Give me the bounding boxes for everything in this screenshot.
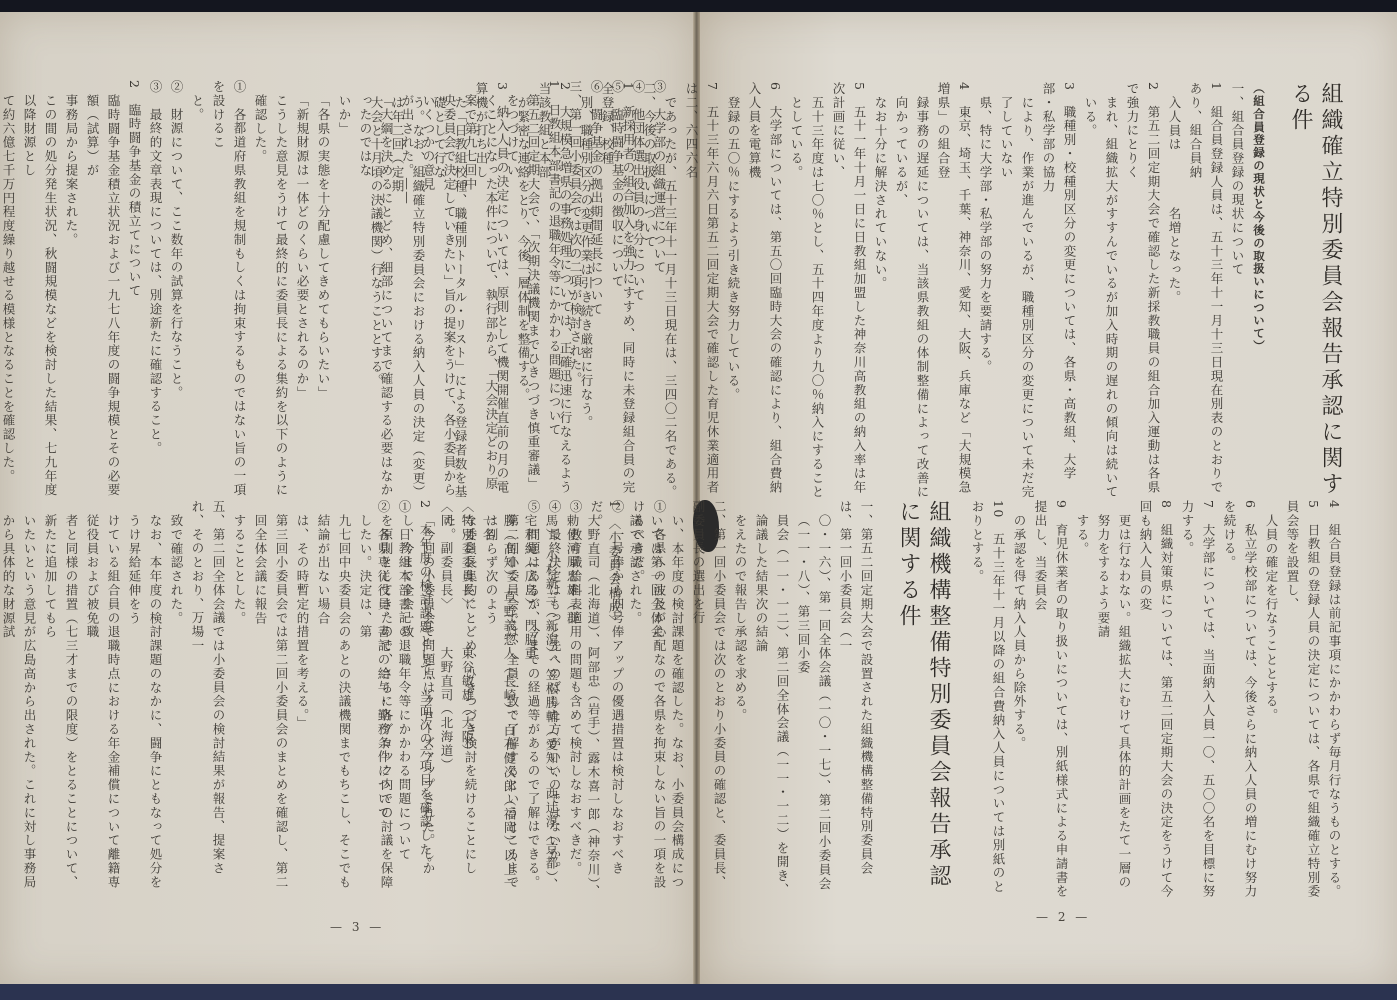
text-line: 第五二回定期大会で、「次期決議機関までひきつづき慎重審議」をつづけてい	[502, 80, 544, 500]
text-line: する。	[1072, 500, 1093, 900]
text-line: 三、第一回小委員会では次の二項が検討された。	[565, 80, 586, 500]
text-line: が出された。——	[397, 80, 418, 500]
right-bottom-text-block: 4 組合員登録は前記事項にかかわらず毎月行なうものとする。5 日教組の登録人員の…	[745, 500, 1345, 900]
text-line: ⑤ 問題はあるが、今までの経過等があるので了解はできる。	[523, 500, 544, 900]
text-line: 者と同様の措置（七三才までの限度）をとることについて、新たに追加してもら	[40, 500, 82, 900]
text-line: ③ 教育職給料表適用の問題も含めて検討しなおすべきだ。	[565, 500, 586, 900]
section-title-structure: 組織機構整備特別委員会報告承認に関する件	[893, 500, 953, 900]
text-line: 10 五十三年十一月以降の組合費納入人員については別紙のとおりとする。	[967, 500, 1009, 900]
text-line: 臨時闘争基金積立状況および一九七八年度の闘争規模とその必要額（試算）が	[82, 80, 124, 500]
text-line: 2 臨時闘争基金の積立てについて	[124, 80, 145, 500]
right-top-text-block: 組織確立特別委員会報告承認に関する件 （組合員登録の現状と今後の取扱いについて）…	[785, 82, 1345, 502]
text-line: ③ 大学部の組織運営について	[649, 80, 670, 500]
text-line: 第三回小委員会では第二回小委員会のまとめを確認し、第二回全体会議に報告	[250, 500, 292, 900]
text-line: くことになった本件について、執行部から、「大会決定どおり原案で第九七回中	[460, 80, 502, 500]
text-line: 入人員は 名増となった。	[1164, 82, 1185, 502]
text-line: 5 五十一年十月一日に日教組加盟した神奈川高教組の納入率は年次計画に従い、	[828, 82, 870, 502]
text-line: なお十分に解決されていない。	[870, 82, 891, 502]
text-line: 人員の確定を行なうこととする。	[1261, 500, 1282, 900]
left-bottom-text-block: ① 各県への波及が心配なので各県を拘束しない旨の一項を設けるべきだ。② 一号俸か…	[180, 500, 670, 900]
text-line: まれ、組織拡大がすすんでいるが加入時期の遅れの傾向は続いている。	[1080, 82, 1122, 502]
text-line: ⑤ 臨時闘争基金の徴収について	[607, 80, 628, 500]
text-line: 〇・一六）、第一回全体会議（一〇・一七）、第二回小委員会（一一・八）、第三回小委	[793, 500, 835, 900]
text-line: ① 各県への波及が心配なので各県を拘束しない旨の一項を設けるべきだ。	[628, 500, 670, 900]
left-top-text-block: ③ 大学部の組織運営について④ 他団体選出役員の身分について⑤ 臨時闘争基金の徴…	[30, 80, 670, 500]
text-line: 二、第一回小委員会では次のとおり小委員の確認と、委員長、副委員長の選出を行	[688, 500, 730, 900]
text-line: 6 大学部については、第五〇回臨時大会の確認により、組合費納入人員を電算機	[744, 82, 786, 502]
text-line: は、その時暫定的措置を考える。」	[292, 500, 313, 900]
text-line: することとした。	[229, 500, 250, 900]
text-line: この間の処分発生状況、秋闘規模などを検討した結果、七九年度以降財源とし	[19, 80, 61, 500]
text-line: 央委員会で決定していきたい」旨の提案をうけて、各小委員からいくつかの意見	[418, 80, 460, 500]
text-line: 8 組織対策県については、第五二回定期大会の決定をうけて今回も納入人員の変	[1135, 500, 1177, 900]
text-line: 一、第五二回定期大会で設置された組織機構整備特別委員会は、第一回小委員会（一	[835, 500, 877, 900]
text-line: けている組合員の退職時点における年金補償について離籍専従役員および被免職	[82, 500, 124, 900]
text-line: ③ 最終的文章表現については、別途新たに確認すること。	[145, 80, 166, 500]
text-line: 致で確認された。	[166, 500, 187, 900]
text-line: 五、第二回全体会議では小委員会の検討結果が報告、提案され、そのとおり、万場一	[187, 500, 229, 900]
text-line: ① 各都道府県教組を規制もしくは拘束するものではない旨の一項を設けるこ	[208, 80, 250, 500]
text-line: 2 第五二回定期大会で確認した新採教職員の組合加入運動は各県で強力にとりく	[1122, 82, 1164, 502]
text-line: 「各県の実態を十分配慮してきめてもらいたい」	[313, 80, 334, 500]
text-line: ④ 他団体選出役員の身分について	[628, 80, 649, 500]
text-line: 登録の五〇％にするよう引き続き努力している。	[723, 82, 744, 502]
text-line: 録事務の遅延については、当該県教組の体制整備によって改善に向かっているが、	[891, 82, 933, 502]
page-number-3: — 3 —	[330, 920, 384, 934]
text-line: 1 日教組本部書記の退職年令等にかかわる問題について	[544, 80, 565, 500]
text-line: いか」	[334, 80, 355, 500]
section-subtitle: （組合員登録の現状と今後の取扱いについて）	[1248, 82, 1269, 502]
text-line: 更は行なわない。組織拡大にむけて具体的計画をたて一層の努力をするよう要請	[1093, 500, 1135, 900]
text-line: ⑥ 闘争基金の拠出期間延長について	[586, 80, 607, 500]
text-line: 「新規財源は一体どのくらい必要とされるのか」	[292, 80, 313, 500]
scanner-bottom-edge	[0, 984, 1397, 1000]
text-line: 7 大学部については、当面納入人員一〇、五〇〇名を目標に努力する。	[1177, 500, 1219, 900]
page-number-2: — 2 —	[1036, 910, 1090, 924]
text-line: 「大綱を決めるにとどめ、細部についてまで確認する必要はなかったのではな	[355, 80, 397, 500]
text-line: を原則としてきたので、さらに各ブロック内での討議を保障したい。決定は、第	[355, 500, 397, 900]
text-line: と。	[187, 80, 208, 500]
text-line: 第二回小委員会では、全員一致で了解するというところまでは到らず次のよう	[481, 500, 523, 900]
section-title-organization: 組織確立特別委員会報告承認に関する件	[1285, 82, 1345, 502]
text-line: なお、本年度の検討課題のなかに、闘争にともなって処分をうけ昇給延伸をう	[124, 500, 166, 900]
text-line: ② 財源について、ここ数年の試算を行なうこと。	[166, 80, 187, 500]
text-line: こうした意見をうけて最終的に委員長による集約を以下のように確認した。	[250, 80, 292, 500]
text-line: 4 組合員登録は前記事項にかかわらず毎月行なうものとする。	[1324, 500, 1345, 900]
text-line: 9 育児休業者の取り扱いについては、別紙様式による申請書を提出し、当委員会	[1030, 500, 1072, 900]
text-line: 1 組合員登録人員は、五十三年十一月十三日現在別表のとおりであり、組合員納	[1185, 82, 1227, 502]
text-line: ② 一号俸から四号俸アップの優遇措置は検討しなおすべきだ。	[586, 500, 628, 900]
text-line: いたいという意見が広島高から出された。これに対し事務局から具体的な財源試	[0, 500, 40, 900]
text-line: 九七回中央委員会のあとの決議機関までもちこし、そこでも結論が出ない場合	[313, 500, 355, 900]
text-line: 県、特に大学部・私学部の努力を要請する。	[975, 82, 996, 502]
text-line: 事務局から提案された。	[61, 80, 82, 500]
text-line: ④ 最終決定はもっと先へのばした方がいいのではないか。	[544, 500, 565, 900]
text-line: 3 職種別・校種別区分の変更については、各県・高教組、大学部・私学部の協力	[1038, 82, 1080, 502]
text-line: により、作業が進んでいるが、職種別区分の変更について未だ完了していない	[996, 82, 1038, 502]
text-line: 7 五十三年六月六日第五二回定期大会で確認した育児休業適用者は二、六四六名	[681, 82, 723, 502]
text-line: の承認を得て納入人員から除外する。	[1009, 500, 1030, 900]
text-line: をえたので報告し承認を求める。	[730, 500, 751, 900]
text-line: 「今回の小委員会で問題点はクローズアップされた。しかし、今まで全会一致	[397, 500, 439, 900]
text-line: 4 東京、埼玉、千葉、神奈川、愛知、大阪、兵庫など「大規模急増県」の組合登	[933, 82, 975, 502]
text-line: 5 日教組の登録人員の決定については、各県で組織確立特別委員会等を設置し、	[1282, 500, 1324, 900]
text-line: て約六億七千万円程度繰り越せる模様となることを確認した。	[0, 80, 19, 500]
text-line: 一、組合員登録の現状について	[1227, 82, 1248, 502]
text-line: 6 私立学校部については、今後さらに納入人員の増にむけ努力を続ける。	[1219, 500, 1261, 900]
text-line: 五十三年度は七〇％とし、五十四年度より九〇％納入にすることとしている。	[786, 82, 828, 502]
text-line: 員会（一一・一二）、第二回全体会議（一一・一二）を開き、論議した結果次の結論	[751, 500, 793, 900]
text-line: な委員長集約にとどめ、ひきつづき検討を続けることにした。	[439, 500, 481, 900]
